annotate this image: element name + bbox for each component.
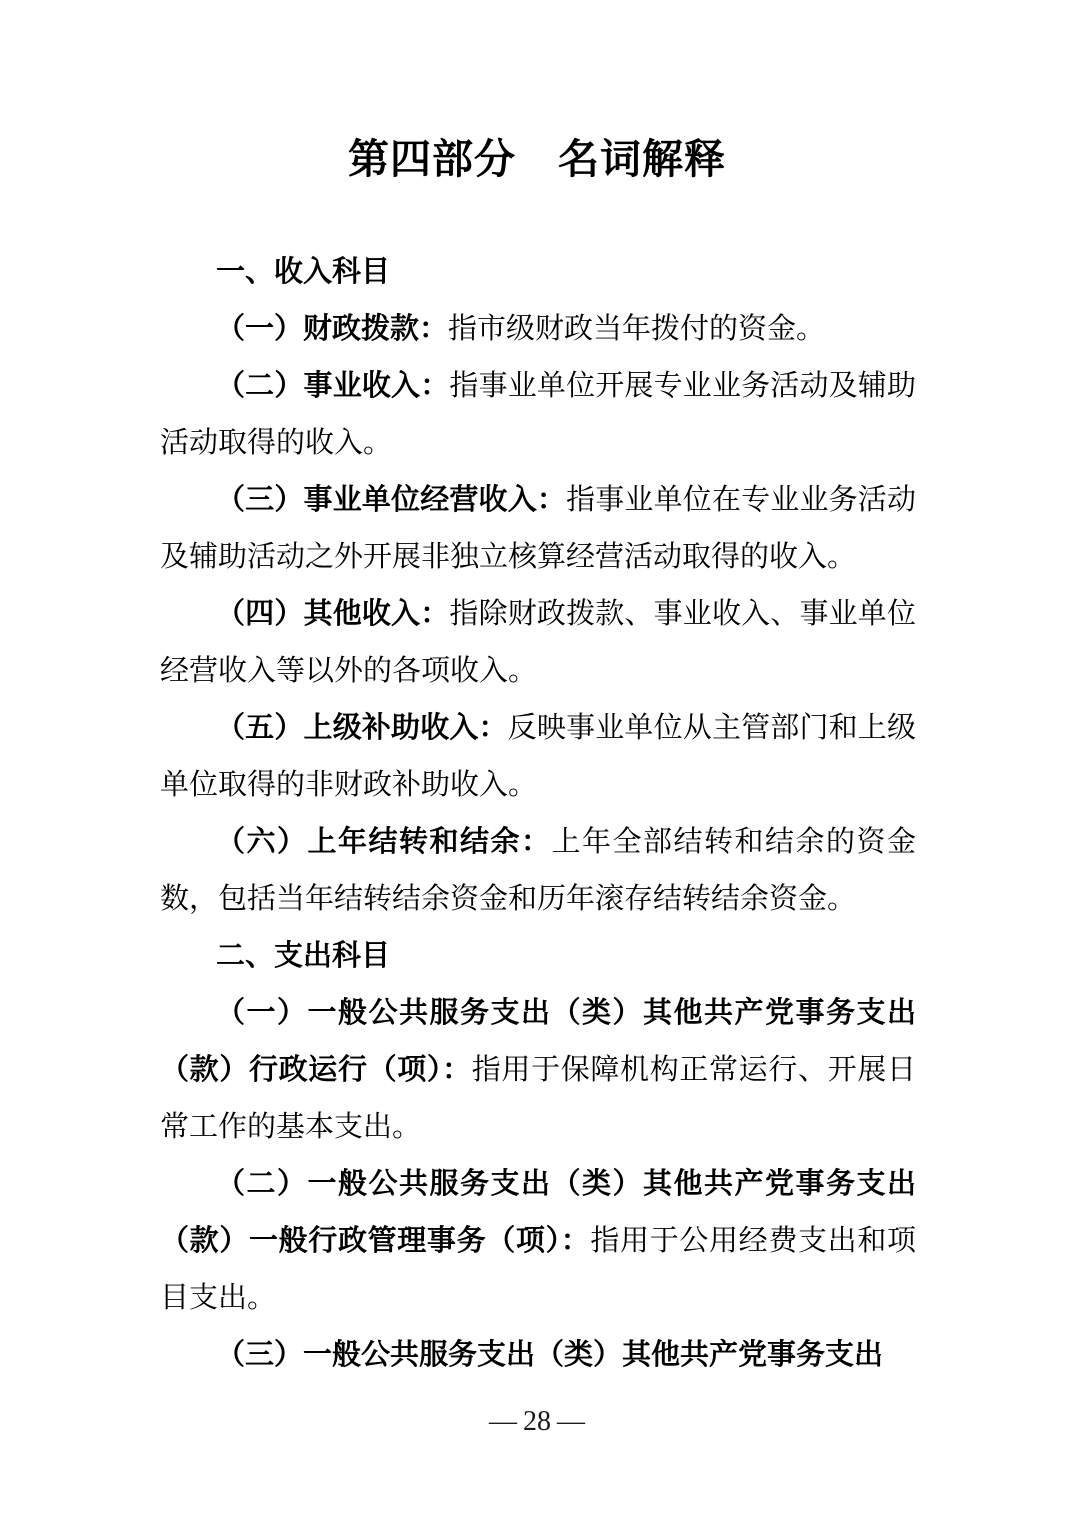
page-title: 第四部分 名词解释 [0,128,1074,190]
glossary-term: （一）财政拨款： [216,313,448,345]
footer-right-dash: — [551,1406,591,1437]
section-heading-income: 一、收入科目 [160,244,916,301]
glossary-term: （三）事业单位经营收入： [216,484,566,516]
page-footer: —28— [0,1406,1074,1438]
glossary-term: （五）上级补助收入： [216,712,508,744]
section-heading-expenditure: 二、支出科目 [160,928,916,985]
page-number: 28 [523,1406,551,1437]
document-page: 第四部分 名词解释 一、收入科目 （一）财政拨款：指市级财政当年拨付的资金。 （… [0,0,1074,1518]
glossary-item: （一）一般公共服务支出（类）其他共产党事务支出（款）行政运行（项）：指用于保障机… [160,985,916,1156]
glossary-item: （二）事业收入：指事业单位开展专业业务活动及辅助活动取得的收入。 [160,358,916,472]
glossary-term: （三）一般公共服务支出（类）其他共产党事务支出 [216,1339,883,1371]
glossary-term: （四）其他收入： [216,598,449,630]
glossary-item: （五）上级补助收入：反映事业单位从主管部门和上级单位取得的非财政补助收入。 [160,700,916,814]
glossary-term: （六）上年结转和结余： [216,826,552,858]
glossary-term: （二）事业收入： [216,370,449,402]
glossary-item: （三）事业单位经营收入：指事业单位在专业业务活动及辅助活动之外开展非独立核算经营… [160,472,916,586]
footer-left-dash: — [483,1406,523,1437]
document-body: 一、收入科目 （一）财政拨款：指市级财政当年拨付的资金。 （二）事业收入：指事业… [160,244,916,1384]
glossary-item: （一）财政拨款：指市级财政当年拨付的资金。 [160,301,916,358]
glossary-item: （二）一般公共服务支出（类）其他共产党事务支出（款）一般行政管理事务（项）：指用… [160,1156,916,1327]
glossary-definition: 指市级财政当年拨付的资金。 [448,313,825,345]
glossary-item: （四）其他收入：指除财政拨款、事业收入、事业单位经营收入等以外的各项收入。 [160,586,916,700]
glossary-item: （六）上年结转和结余：上年全部结转和结余的资金数，包括当年结转结余资金和历年滚存… [160,814,916,928]
glossary-item: （三）一般公共服务支出（类）其他共产党事务支出 [160,1327,916,1384]
